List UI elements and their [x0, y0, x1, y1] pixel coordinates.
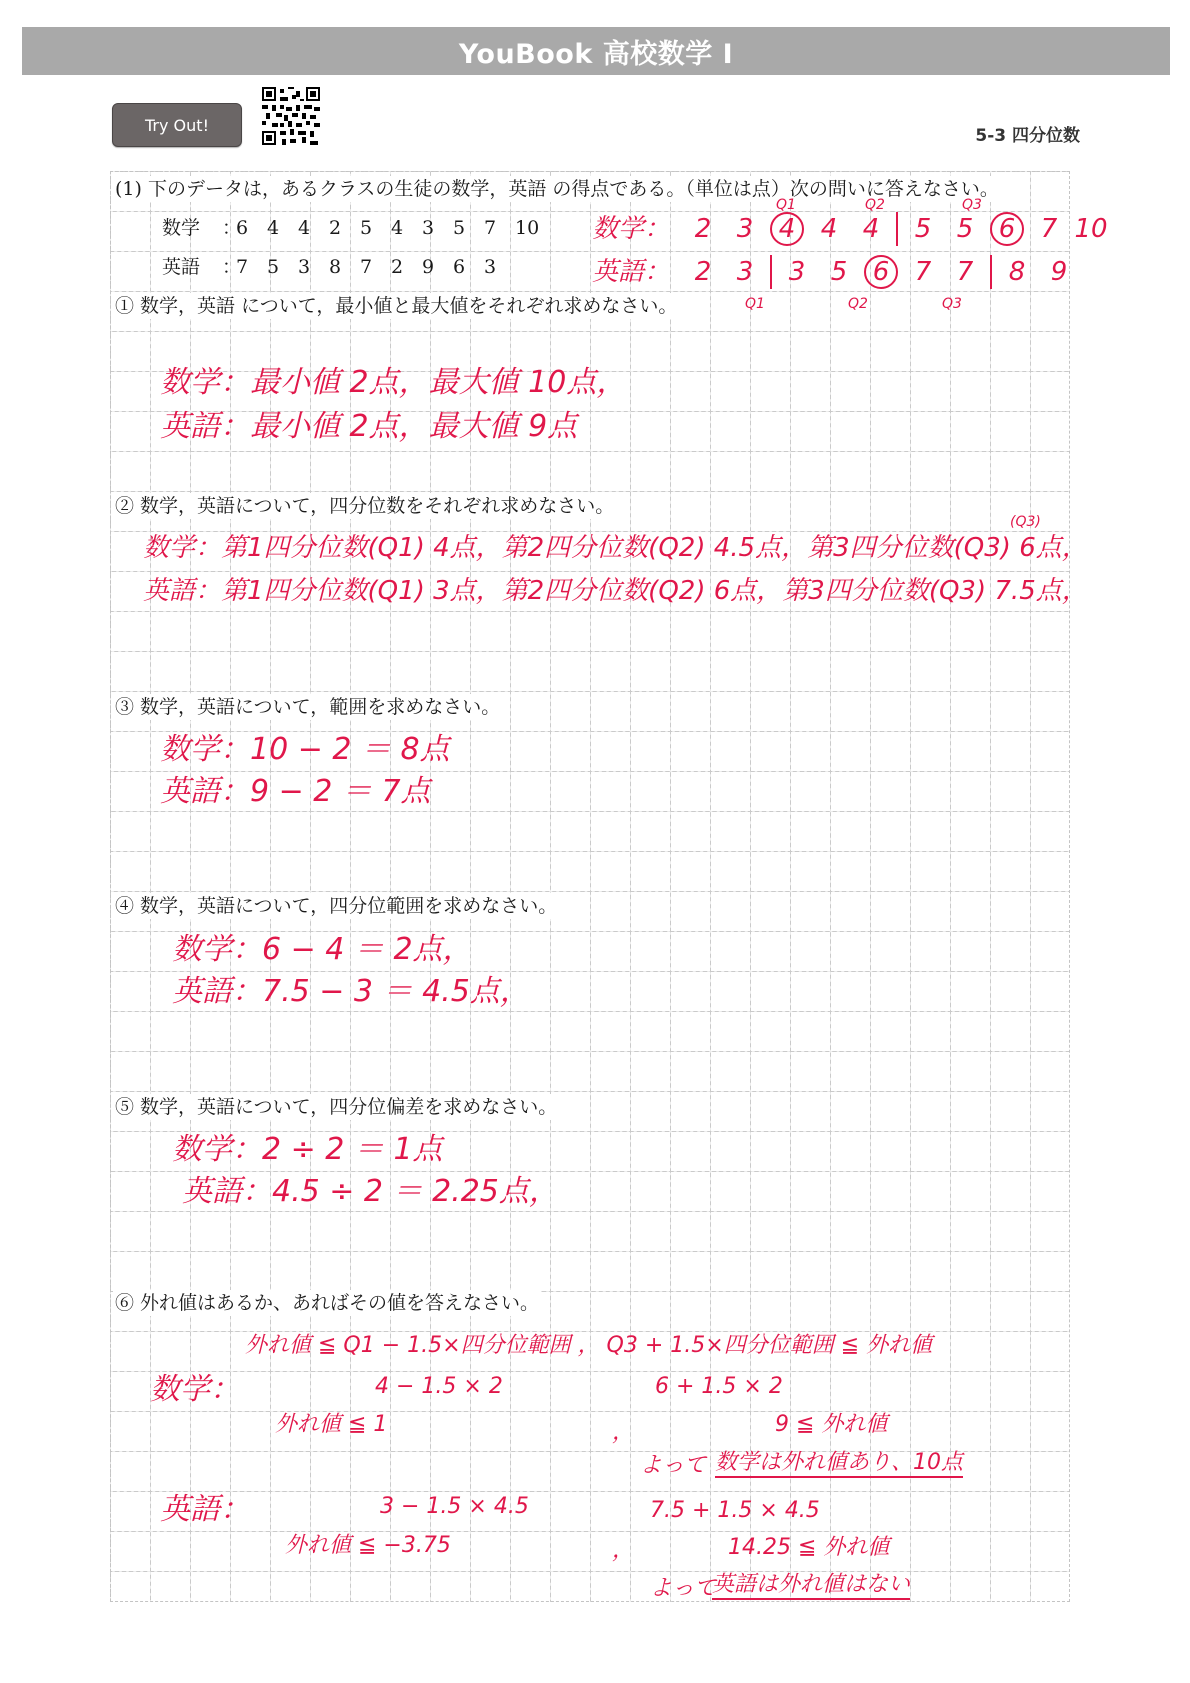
english-q1-marker: Q1: [745, 297, 765, 311]
q1-divider: [770, 255, 772, 289]
english-q2-marker: Q2: [848, 297, 868, 311]
sorted-value: 10: [1070, 216, 1112, 242]
math-q3-marker: Q3: [962, 198, 982, 212]
english-low-result: 外れ値 ≦ −3.75: [285, 1535, 451, 1557]
question-1-answer-english: 英語：最小値 2点，最大値 9点: [160, 412, 577, 442]
math-value: 3: [422, 215, 453, 241]
question-2-answer-math: 数学：第1四分位数(Q1) 4点，第2四分位数(Q2) 4.5点，第3四分位数(…: [143, 535, 1088, 561]
math-outlier-label: 数学：: [150, 1375, 240, 1405]
math-sorted-row: 数学： 2 3 4 4 4 5 5 6 7 10: [592, 212, 1112, 246]
sorted-value: 7: [944, 259, 986, 285]
question-4-prompt: ④ 数学，英語について，四分位範囲を求めなさい。: [113, 893, 559, 919]
sorted-value: 5: [902, 216, 944, 242]
sorted-value: 2: [682, 216, 724, 242]
english-high-calc: 7.5 + 1.5 × 4.5: [650, 1500, 820, 1522]
math-colon: ：: [222, 215, 236, 241]
question-5-prompt: ⑤ 数学，英語について，四分位偏差を求めなさい。: [113, 1094, 559, 1120]
sorted-value: 3: [724, 216, 766, 242]
english-data-row: 英語 ： 7 5 3 8 7 2 9 6 3: [162, 254, 515, 280]
sorted-value: 5: [818, 259, 860, 285]
english-high-result: 14.25 ≦ 外れ値: [728, 1537, 889, 1559]
question-5-answer-math: 数学：2 ÷ 2 ＝ 1点: [172, 1135, 443, 1165]
question-3-answer-math: 数学：10 − 2 ＝ 8点: [160, 735, 450, 765]
question-1-answer-math: 数学：最小値 2点，最大値 10点，: [160, 368, 626, 398]
sorted-value: 7: [1028, 216, 1070, 242]
sorted-value: 4: [850, 216, 892, 242]
english-conclusion: 英語は外れ値はない: [712, 1574, 910, 1600]
try-out-button[interactable]: Try Out!: [112, 103, 242, 147]
sorted-value: 3: [776, 259, 818, 285]
english-value: 5: [267, 254, 298, 280]
math-value: 5: [453, 215, 484, 241]
math-q1-marker: Q1: [776, 198, 796, 212]
question-3-answer-english: 英語：9 − 2 ＝ 7点: [160, 777, 431, 807]
math-low-calc: 4 − 1.5 × 2: [375, 1376, 503, 1398]
question-6-prompt: ⑥ 外れ値はあるか、あればその値を答えなさい。: [113, 1290, 541, 1316]
english-value: 2: [391, 254, 422, 280]
english-value: 6: [453, 254, 484, 280]
english-separator: ，: [612, 1540, 634, 1562]
math-value: 4: [298, 215, 329, 241]
sorted-value: 8: [996, 259, 1038, 285]
math-q2-marker: Q2: [865, 198, 885, 212]
sorted-value: 9: [1038, 259, 1080, 285]
question-5-answer-english: 英語：4.5 ÷ 2 ＝ 2.25点，: [182, 1177, 559, 1207]
sorted-value-circled: 6: [864, 255, 898, 289]
question-3-prompt: ③ 数学，英語について，範囲を求めなさい。: [113, 694, 502, 720]
sorted-value: 7: [902, 259, 944, 285]
question-4-answer-english: 英語：7.5 − 3 ＝ 4.5点，: [172, 977, 530, 1007]
math-data-row: 数学 ： 6 4 4 2 5 4 3 5 7 10: [162, 215, 546, 241]
question-4-answer-math: 数学：6 − 4 ＝ 2点，: [172, 935, 473, 965]
english-outlier-label: 英語：: [160, 1495, 250, 1525]
banner-title: YouBook 高校数学 I: [459, 32, 733, 71]
english-value: 9: [422, 254, 453, 280]
math-value: 6: [236, 215, 267, 241]
english-sorted-row: 英語： 2 3 3 5 6 7 7 8 9: [592, 255, 1080, 289]
math-value: 10: [515, 215, 546, 241]
math-conclusion-prefix: よって: [640, 1455, 706, 1477]
section-title: 5-3 四分位数: [975, 121, 1080, 146]
question-1-prompt: ① 数学，英語 について，最小値と最大値をそれぞれ求めなさい。: [113, 293, 679, 319]
english-conclusion-prefix: よって: [650, 1578, 716, 1600]
math-value: 5: [360, 215, 391, 241]
english-colon: ：: [222, 254, 236, 280]
median-divider: [896, 212, 898, 246]
math-high-result: 9 ≦ 外れ値: [775, 1414, 887, 1436]
question-2-prompt: ② 数学，英語について，四分位数をそれぞれ求めなさい。: [113, 493, 616, 519]
math-low-result: 外れ値 ≦ 1: [275, 1414, 387, 1436]
english-q3-marker: Q3: [942, 297, 962, 311]
math-value: 4: [267, 215, 298, 241]
math-value: 7: [484, 215, 515, 241]
q3-divider: [990, 255, 992, 289]
sorted-value: 2: [682, 259, 724, 285]
english-value: 3: [484, 254, 515, 280]
math-label: 数学: [162, 215, 222, 241]
math-separator: ，: [612, 1422, 634, 1444]
math-sorted-label: 数学：: [592, 216, 682, 242]
english-value: 3: [298, 254, 329, 280]
english-sorted-label: 英語：: [592, 259, 682, 285]
outlier-formula: 外れ値 ≦ Q1 − 1.5×四分位範囲 ， Q3 + 1.5×四分位範囲 ≦ …: [245, 1335, 932, 1357]
english-value: 7: [360, 254, 391, 280]
english-low-calc: 3 − 1.5 × 4.5: [380, 1496, 529, 1518]
title-banner: YouBook 高校数学 I: [22, 27, 1170, 75]
math-value: 4: [391, 215, 422, 241]
english-label: 英語: [162, 254, 222, 280]
sorted-value-circled: 6: [990, 212, 1024, 246]
english-value: 7: [236, 254, 267, 280]
question-2-answer-english: 英語：第1四分位数(Q1) 3点，第2四分位数(Q2) 6点，第3四分位数(Q3…: [143, 578, 1088, 604]
math-conclusion: 数学は外れ値あり、10点: [715, 1452, 963, 1478]
sorted-value-circled: 4: [770, 212, 804, 246]
qr-code-icon[interactable]: [262, 87, 320, 145]
math-high-calc: 6 + 1.5 × 2: [655, 1376, 783, 1398]
sorted-value: 3: [724, 259, 766, 285]
q3-annotation: (Q3): [1010, 515, 1041, 529]
english-value: 8: [329, 254, 360, 280]
try-out-label: Try Out!: [145, 116, 209, 135]
math-value: 2: [329, 215, 360, 241]
sorted-value: 5: [944, 216, 986, 242]
sorted-value: 4: [808, 216, 850, 242]
